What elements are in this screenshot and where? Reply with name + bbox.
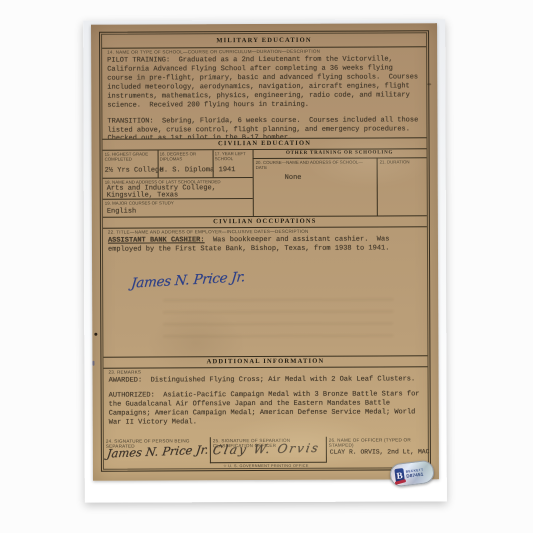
- additional-information-section: 23. Remarks AWARDED: Distinguished Flyin…: [104, 367, 428, 437]
- signature-row: 24. Signature of person being separated …: [104, 436, 428, 463]
- section-header-military-education: MILITARY EDUCATION: [102, 33, 426, 48]
- last-school-line2: Kingsville, Texas: [107, 191, 178, 199]
- other-training-value: None: [285, 174, 302, 182]
- signature-box-separated: 24. Signature of person being separated …: [104, 437, 210, 463]
- ink-smudge: [92, 361, 94, 366]
- field-label-26: 26. Name of officer (Typed or Stamped): [329, 437, 426, 448]
- field-label-14: 14. Name or type of school—course or cur…: [107, 48, 421, 55]
- field-label-23: 23. Remarks: [109, 368, 423, 375]
- beckett-logo-letter: B: [396, 470, 403, 481]
- field-label-20: 20. Course—name and address of school—da…: [256, 159, 374, 170]
- field-label-16: 16. Degrees or diplomas: [160, 151, 210, 161]
- highest-grade-value: 2½ Yrs College: [105, 166, 164, 174]
- ink-bleedthrough-texture: [163, 293, 393, 346]
- field-label-15: 15. Highest grade completed: [105, 151, 155, 161]
- authorized-paragraph: AUTHORIZED: Asiatic-Pacific Campaign Med…: [109, 390, 423, 427]
- field-label-21: 21. Duration: [380, 159, 430, 164]
- field-label-17: 17. Year left school: [215, 151, 251, 161]
- pilot-training-paragraph: PILOT TRAINING: Graduated as a 2nd Lieut…: [107, 56, 421, 111]
- paper-speck: [427, 83, 431, 85]
- section-title: MILITARY EDUCATION: [216, 37, 311, 44]
- civilian-education-grid: 15. Highest grade completed 16. Degrees …: [103, 149, 427, 217]
- military-education-section: 14. Name or type of school—course or cur…: [102, 47, 426, 139]
- transition-paragraph: TRANSITION: Sebring, Florida, 6 weeks co…: [107, 116, 421, 140]
- paper-speck: [94, 333, 97, 336]
- section-title: ADDITIONAL INFORMATION: [207, 358, 325, 366]
- orvis-signature: Clay W. Orvis: [212, 441, 322, 457]
- field-label-22: 22. Title—name and address of employer—i…: [108, 228, 422, 235]
- officer-name-box: 26. Name of officer (Typed or Stamped) C…: [326, 436, 428, 462]
- officer-typed-name: CLAY R. ORVIS, 2nd Lt, MAC: [330, 448, 430, 457]
- section-title: CIVILIAN OCCUPATIONS: [213, 218, 316, 225]
- field-label-19: 19. Major courses of study: [105, 200, 251, 206]
- grid-line: [253, 150, 254, 216]
- grid-line: [377, 157, 378, 215]
- year-left-value: 1941: [219, 166, 236, 174]
- sticker-cert-number: D87451: [406, 472, 424, 479]
- awarded-paragraph: AWARDED: Distinguished Flying Cross; Air…: [109, 375, 423, 385]
- form-border-frame: MILITARY EDUCATION 14. Name or type of s…: [99, 30, 431, 471]
- other-training-header: OTHER TRAINING OR SCHOOLING: [253, 149, 427, 159]
- major-value: English: [107, 207, 136, 215]
- signature-box-classification-officer: 25. Signature of separation classificati…: [210, 437, 326, 464]
- other-training-title: OTHER TRAINING OR SCHOOLING: [286, 151, 393, 156]
- occupation-title: ASSISTANT BANK CASHIER:: [108, 236, 205, 244]
- military-qualification-form: MILITARY EDUCATION 14. Name or type of s…: [91, 23, 439, 481]
- price-signature-black-ink: James N. Price Jr.: [106, 442, 210, 460]
- beckett-logo-icon: B: [394, 468, 405, 483]
- occupation-paragraph: ASSISTANT BANK CASHIER: Was bookkeeper a…: [108, 235, 422, 254]
- degrees-value: H. S. Diploma: [160, 166, 215, 174]
- section-title: CIVILIAN EDUCATION: [218, 140, 311, 147]
- price-autograph-blue-ink: James N. Price Jr.: [130, 269, 245, 292]
- civilian-occupations-section: 22. Title—name and address of employer—i…: [103, 227, 428, 358]
